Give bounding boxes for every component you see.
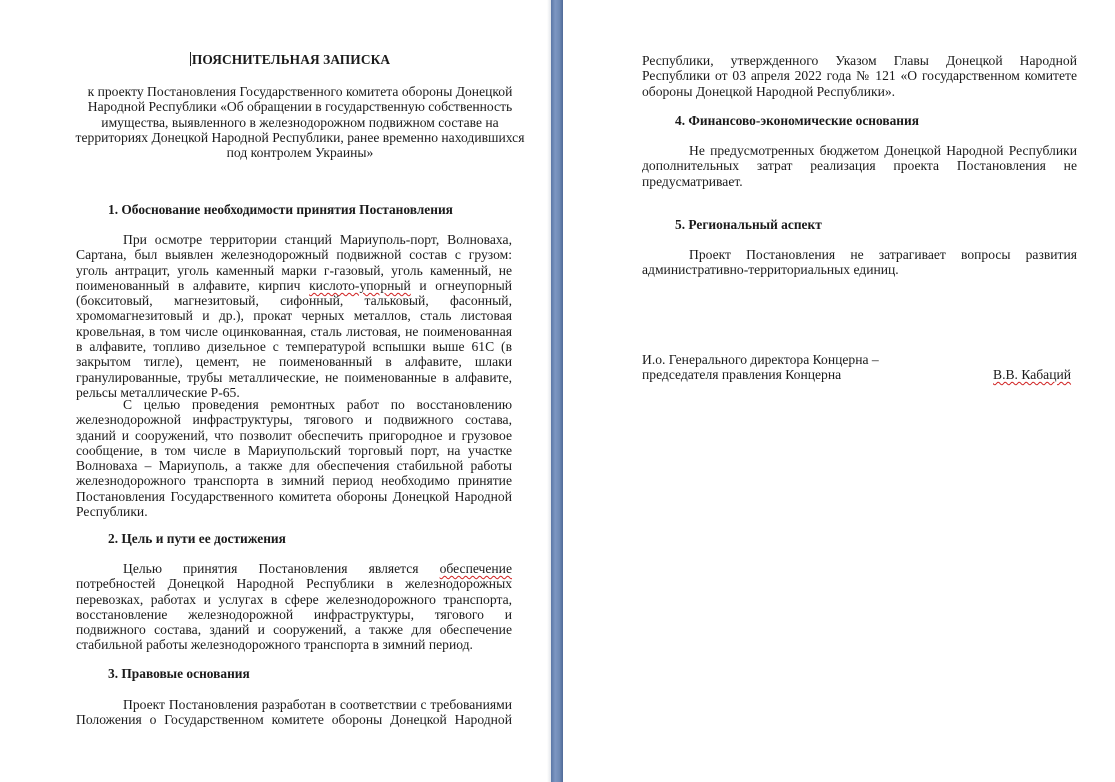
section-3-paragraph-1-part-2: Республики, утвержденного Указом Главы Д… xyxy=(642,53,1077,99)
document-subtitle: к проекту Постановления Государственного… xyxy=(74,84,526,160)
section-4-paragraph-1: Не предусмотренных бюджетом Донецкой Нар… xyxy=(642,143,1077,189)
signature-position-line-2: председателя правления Концерна xyxy=(642,367,841,382)
section-3-paragraph-1-part-1: Проект Постановления разработан в соотве… xyxy=(76,697,512,728)
document-page-1[interactable]: ПОЯСНИТЕЛЬНАЯ ЗАПИСКА к проекту Постанов… xyxy=(0,0,551,782)
section-heading-2: 2. Цель и пути ее достижения xyxy=(108,531,286,546)
section-heading-1: 1. Обоснование необходимости принятия По… xyxy=(108,202,453,217)
signature-position-line-1: И.о. Генерального директора Концерна – xyxy=(642,352,879,367)
section-heading-4: 4. Финансово-экономические основания xyxy=(675,113,919,128)
document-title: ПОЯСНИТЕЛЬНАЯ ЗАПИСКА xyxy=(60,52,520,67)
spelling-flag[interactable]: обеспечение xyxy=(440,561,512,576)
section-5-paragraph-1: Проект Постановления не затрагивает вопр… xyxy=(642,247,1077,278)
section-heading-3: 3. Правовые основания xyxy=(108,666,250,681)
section-2-paragraph-1: Целью принятия Постановления является об… xyxy=(76,561,512,653)
section-heading-5: 5. Региональный аспект xyxy=(675,217,822,232)
text-cursor xyxy=(190,52,191,66)
section-1-paragraph-1: При осмотре территории станций Мариуполь… xyxy=(76,232,512,400)
signature-name[interactable]: В.В. Кабаций xyxy=(993,367,1071,382)
page-separator xyxy=(551,0,563,782)
section-1-paragraph-2: С целью проведения ремонтных работ по во… xyxy=(76,397,512,519)
spelling-flag[interactable]: кислото-упорный xyxy=(309,278,411,293)
